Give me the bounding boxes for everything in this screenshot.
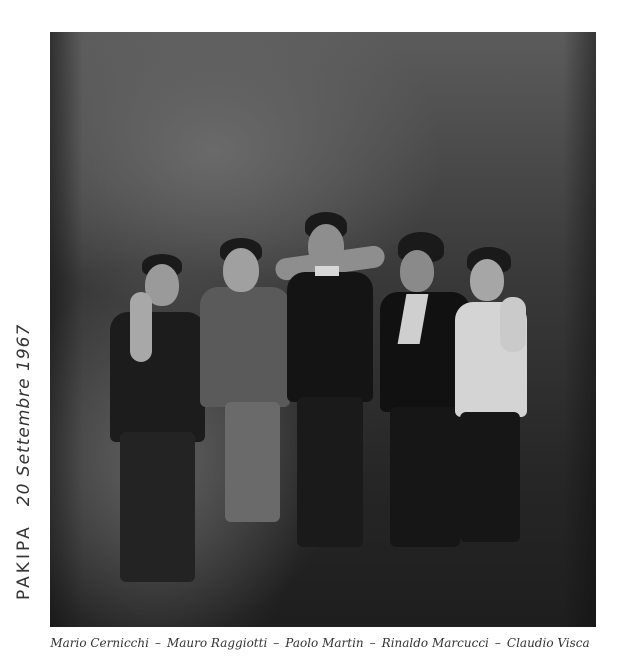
separator: – [155, 636, 161, 650]
name-3: Paolo Martin [285, 636, 363, 650]
separator: – [273, 636, 279, 650]
name-1: Mario Cernicchi [50, 636, 149, 650]
caption-place: PAKIPA [14, 524, 34, 600]
group-photograph [50, 32, 596, 627]
separator: – [370, 636, 376, 650]
name-2: Mauro Raggiotti [167, 636, 267, 650]
person-3 [275, 212, 385, 552]
name-4: Rinaldo Marcucci [382, 636, 489, 650]
name-5: Claudio Visca [507, 636, 590, 650]
caption-date: 20 Settembre 1967 [14, 324, 34, 507]
separator: – [495, 636, 501, 650]
names-caption: Mario Cernicchi–Mauro Raggiotti–Paolo Ma… [0, 636, 640, 650]
side-caption: PAKIPA20 Settembre 1967 [14, 300, 46, 600]
person-5 [445, 247, 545, 547]
